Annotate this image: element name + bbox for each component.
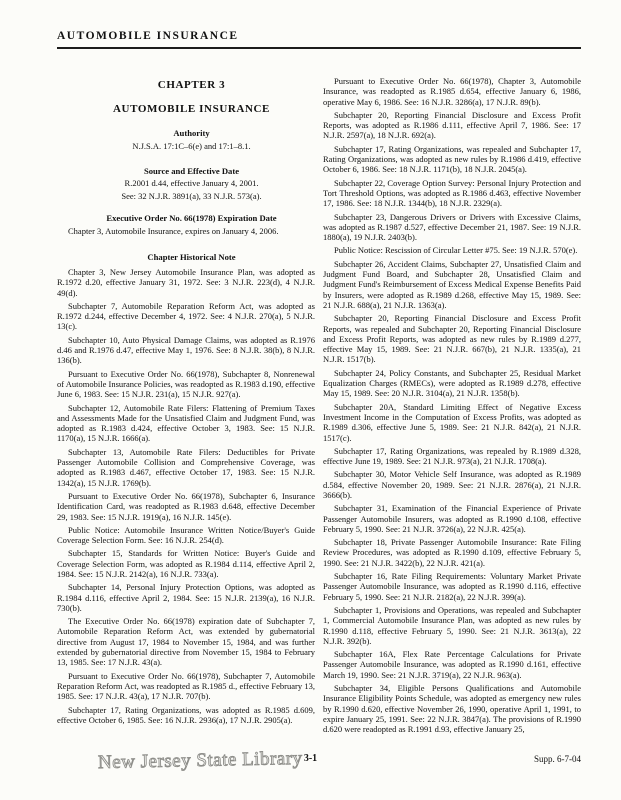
running-header-title: AUTOMOBILE INSURANCE bbox=[57, 30, 239, 42]
historical-note-paragraph: The Executive Order No. 66(1978) expirat… bbox=[57, 616, 315, 667]
historical-note-paragraph: Public Notice: Automobile Insurance Writ… bbox=[57, 525, 315, 546]
supplement-date: Supp. 6-7-04 bbox=[534, 754, 581, 764]
source-effective-date-heading: Source and Effective Date bbox=[57, 166, 315, 176]
historical-note-paragraph: Subchapter 17, Rating Organizations, was… bbox=[57, 705, 315, 726]
historical-note-paragraph: Subchapter 20, Reporting Financial Discl… bbox=[323, 313, 581, 364]
historical-note-paragraph: Subchapter 30, Motor Vehicle Self Insura… bbox=[323, 469, 581, 500]
source-line-1: R.2001 d.44, effective January 4, 2001. bbox=[57, 178, 315, 188]
historical-note-paragraph: Subchapter 18, Private Passenger Automob… bbox=[323, 537, 581, 568]
right-column: Pursuant to Executive Order No. 66(1978)… bbox=[323, 76, 581, 738]
left-column: CHAPTER 3 AUTOMOBILE INSURANCE Authority… bbox=[57, 76, 315, 738]
historical-note-paragraph: Pursuant to Executive Order No. 66(1978)… bbox=[57, 369, 315, 400]
right-historical-paragraphs: Pursuant to Executive Order No. 66(1978)… bbox=[323, 76, 581, 735]
historical-note-paragraph: Subchapter 17, Rating Organizations, was… bbox=[323, 144, 581, 175]
historical-note-paragraph: Subchapter 14, Personal Injury Protectio… bbox=[57, 582, 315, 613]
historical-note-paragraph: Subchapter 20A, Standard Limiting Effect… bbox=[323, 402, 581, 443]
authority-citation: N.J.S.A. 17:1C–6(e) and 17:1–8.1. bbox=[57, 141, 315, 151]
historical-note-paragraph: Subchapter 16A, Flex Rate Percentage Cal… bbox=[323, 649, 581, 680]
source-line-2: See: 32 N.J.R. 3891(a), 33 N.J.R. 573(a)… bbox=[57, 191, 315, 201]
historical-note-paragraph: Subchapter 23, Dangerous Drivers or Driv… bbox=[323, 212, 581, 243]
chapter-title-heading: AUTOMOBILE INSURANCE bbox=[57, 104, 315, 114]
historical-note-paragraph: Subchapter 17, Rating Organizations, was… bbox=[323, 446, 581, 467]
historical-note-paragraph: Pursuant to Executive Order No. 66(1978)… bbox=[57, 491, 315, 522]
header-rule bbox=[57, 47, 581, 49]
historical-note-paragraph: Subchapter 34, Eligible Persons Qualific… bbox=[323, 683, 581, 734]
page-number: 3-1 bbox=[0, 753, 621, 764]
historical-note-paragraph: Subchapter 15, Standards for Written Not… bbox=[57, 548, 315, 579]
historical-note-paragraph: Subchapter 24, Policy Constants, and Sub… bbox=[323, 368, 581, 399]
historical-note-paragraph: Subchapter 7, Automobile Reparation Refo… bbox=[57, 301, 315, 332]
historical-note-paragraph: Pursuant to Executive Order No. 66(1978)… bbox=[57, 671, 315, 702]
document-page: AUTOMOBILE INSURANCE CHAPTER 3 AUTOMOBIL… bbox=[0, 0, 621, 800]
historical-note-paragraph: Subchapter 10, Auto Physical Damage Clai… bbox=[57, 335, 315, 366]
chapter-number-heading: CHAPTER 3 bbox=[57, 80, 315, 90]
historical-note-paragraph: Chapter 3, New Jersey Automobile Insuran… bbox=[57, 267, 315, 298]
page-header: AUTOMOBILE INSURANCE bbox=[57, 26, 581, 44]
historical-note-paragraph: Subchapter 31, Examination of the Financ… bbox=[323, 503, 581, 534]
executive-order-expiration-heading: Executive Order No. 66(1978) Expiration … bbox=[57, 213, 315, 223]
historical-note-paragraph: Subchapter 22, Coverage Option Survey: P… bbox=[323, 178, 581, 209]
historical-note-paragraph: Subchapter 26, Accident Claims, Subchapt… bbox=[323, 259, 581, 310]
expiration-paragraph: Chapter 3, Automobile Insurance, expires… bbox=[57, 226, 315, 236]
historical-note-paragraph: Pursuant to Executive Order No. 66(1978)… bbox=[323, 76, 581, 107]
historical-note-paragraph: Subchapter 12, Automobile Rate Filers: F… bbox=[57, 403, 315, 444]
left-historical-paragraphs: Chapter 3, New Jersey Automobile Insuran… bbox=[57, 267, 315, 725]
historical-note-paragraph: Subchapter 16, Rate Filing Requirements:… bbox=[323, 571, 581, 602]
historical-note-paragraph: Subchapter 13, Automobile Rate Filers: D… bbox=[57, 447, 315, 488]
chapter-historical-note-heading: Chapter Historical Note bbox=[57, 252, 315, 262]
two-column-body: CHAPTER 3 AUTOMOBILE INSURANCE Authority… bbox=[57, 76, 581, 738]
authority-heading: Authority bbox=[57, 128, 315, 138]
historical-note-paragraph: Public Notice: Rescission of Circular Le… bbox=[323, 245, 581, 255]
historical-note-paragraph: Subchapter 1, Provisions and Operations,… bbox=[323, 605, 581, 646]
historical-note-paragraph: Subchapter 20, Reporting Financial Discl… bbox=[323, 110, 581, 141]
